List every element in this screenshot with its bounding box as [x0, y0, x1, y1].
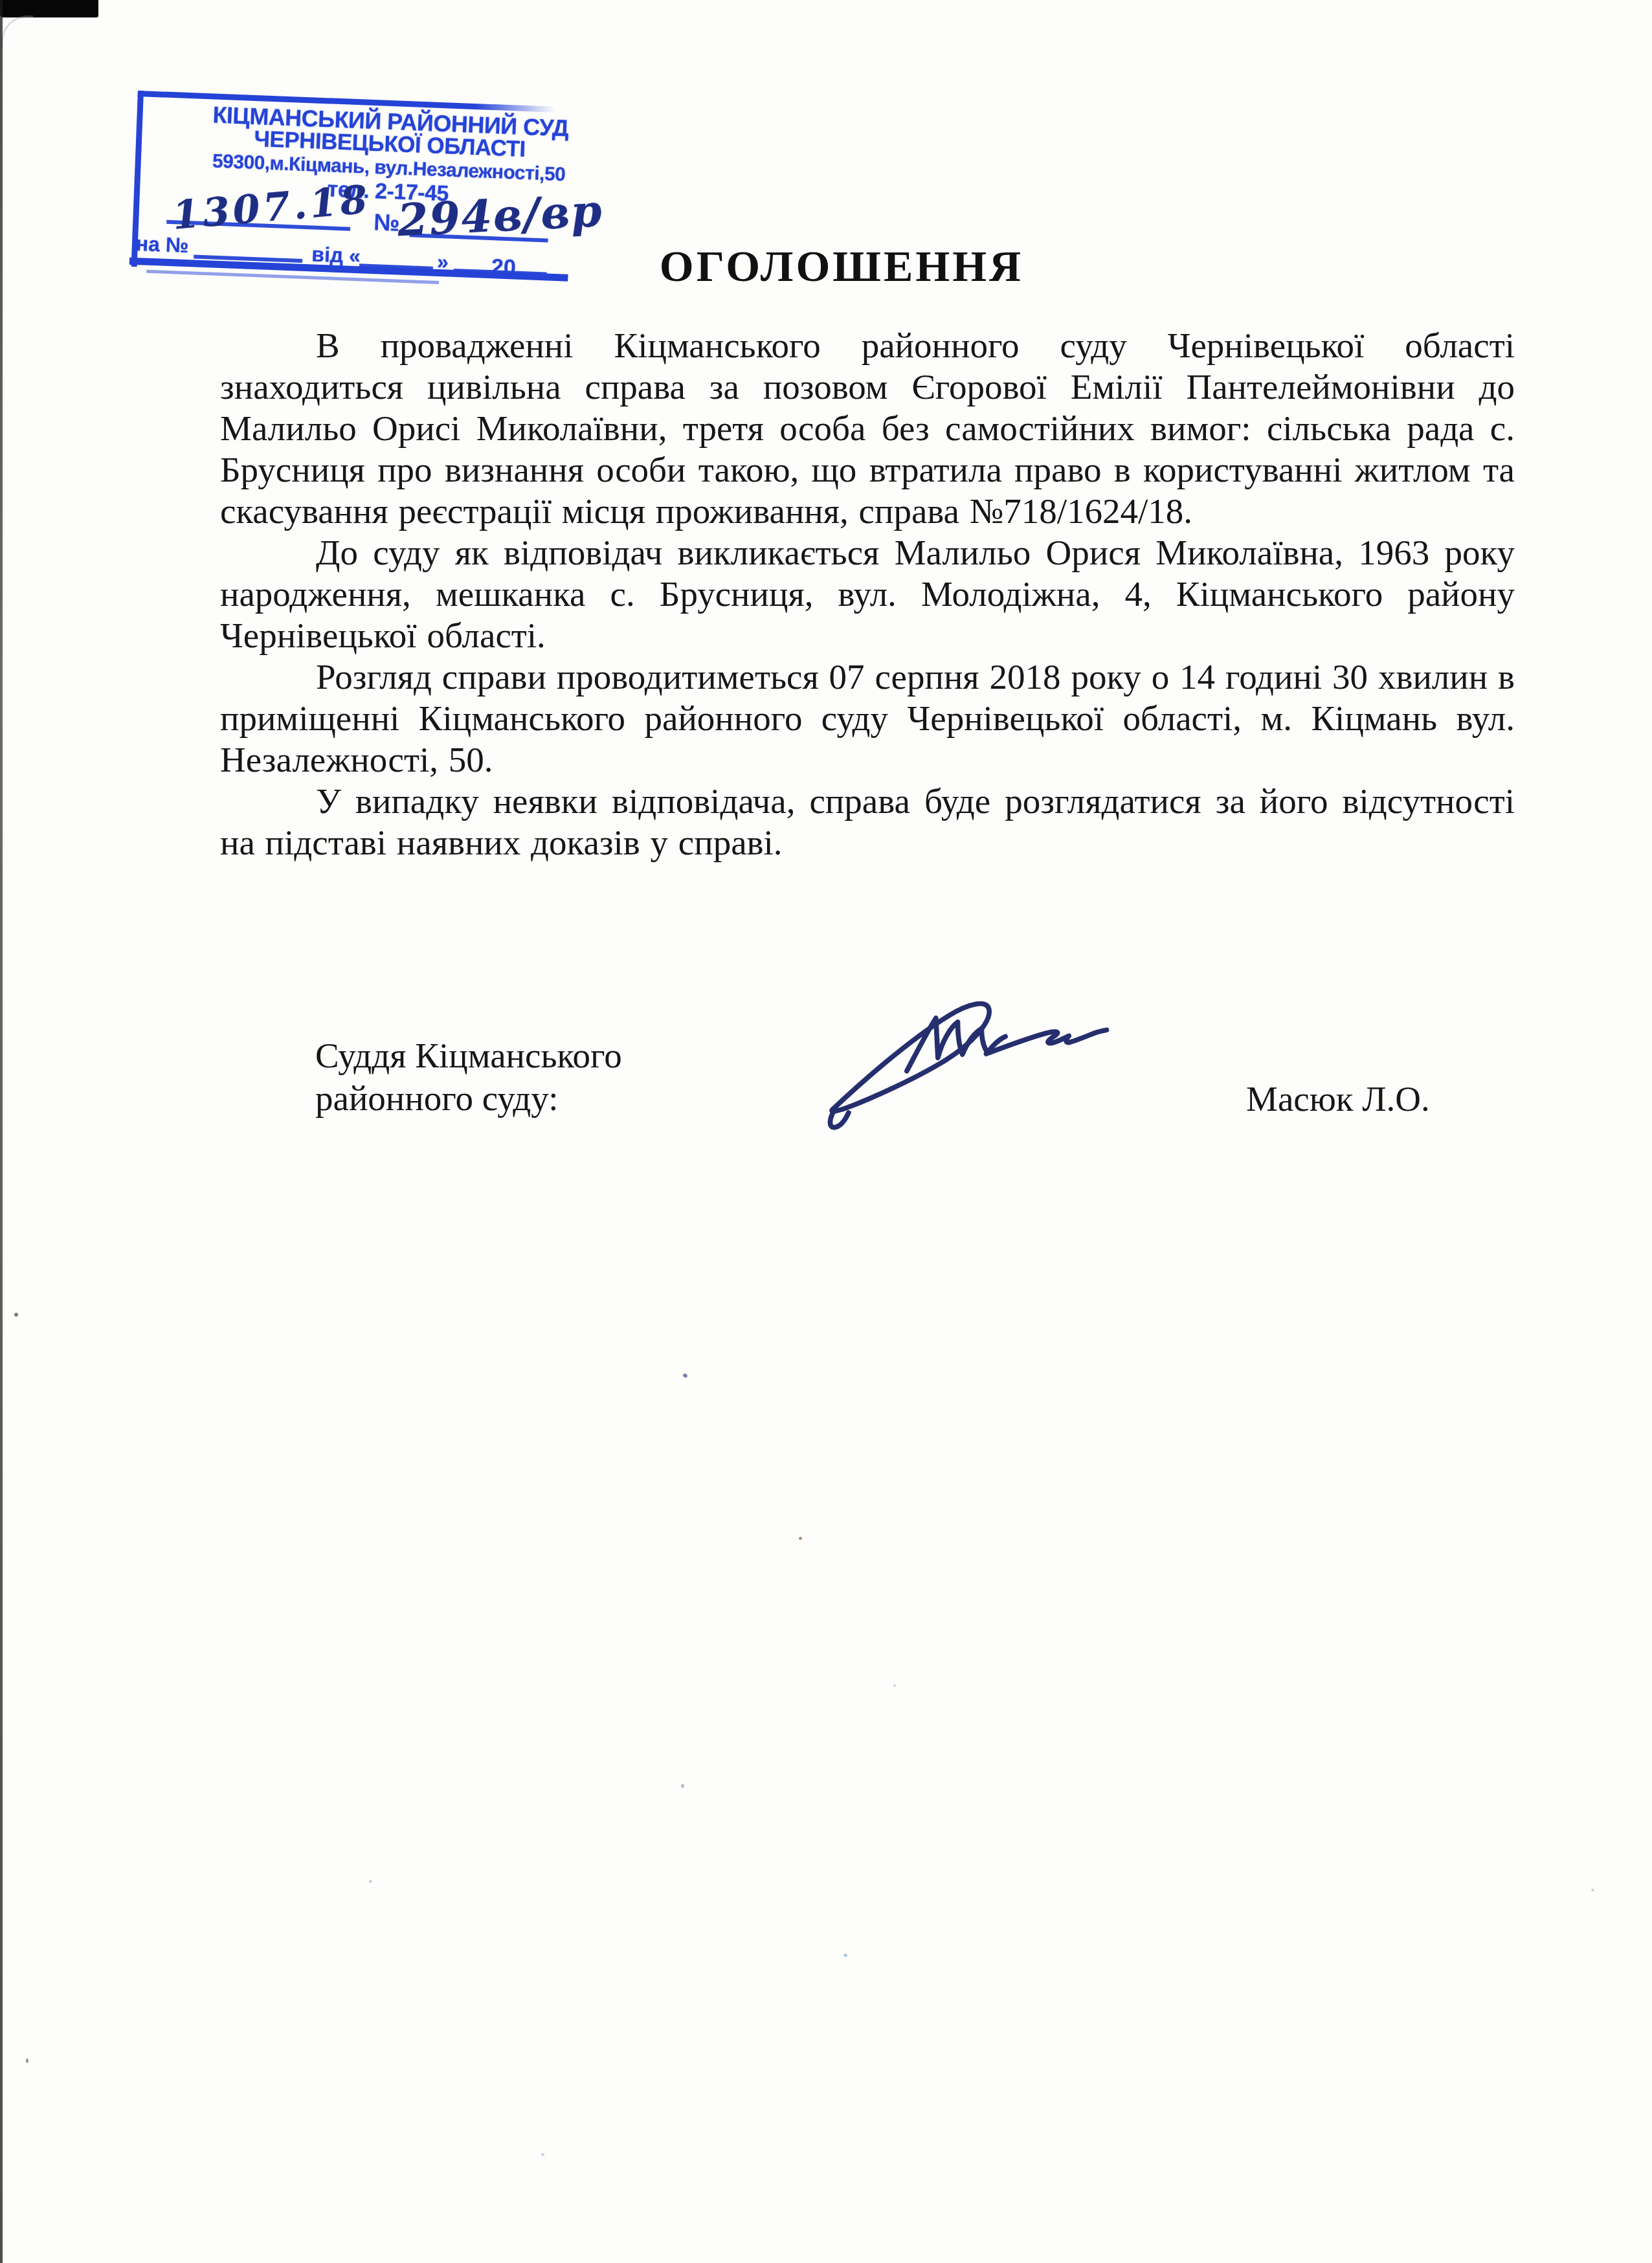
judge-name: Масюк Л.О.: [1246, 1078, 1430, 1119]
judge-role-line2: районного суду:: [315, 1077, 622, 1120]
scan-artifact-page-corner: [1, 16, 33, 47]
paragraph-case-info: В провадженні Кіцманського районного суд…: [220, 325, 1515, 532]
paragraph-hearing-date: Розгляд справи проводитиметься 07 серпня…: [220, 656, 1515, 781]
scan-speck: [682, 1373, 688, 1379]
paragraph-absence-note: У випадку неявки відповідача, справа буд…: [220, 781, 1515, 864]
signature-loop: [832, 1004, 989, 1111]
signature-flourish: [986, 1030, 1106, 1054]
scan-speck: [843, 1954, 847, 1957]
signature-letters: [907, 1018, 1005, 1071]
scan-artifact-left-edge: [0, 0, 3, 2263]
announcement-body: В провадженні Кіцманського районного суд…: [220, 325, 1515, 864]
signature-hook: [830, 1111, 848, 1128]
scan-speck: [681, 1784, 684, 1788]
scan-speck: [1591, 1889, 1594, 1891]
scan-speck: [26, 2058, 28, 2063]
paragraph-defendant: До суду як відповідач викликається Малил…: [220, 532, 1515, 656]
scan-speck: [799, 1537, 802, 1540]
stamp-handwritten-number: 294в/вр: [396, 185, 604, 247]
scan-speck: [541, 2153, 544, 2156]
scan-speck: [369, 1880, 372, 1883]
scanned-court-announcement-page: КІЦМАНСЬКИЙ РАЙОННИЙ СУД ЧЕРНІВЕЦЬКОЇ ОБ…: [0, 0, 1652, 2263]
scan-speck: [893, 1684, 896, 1687]
judge-signature-ink: [823, 992, 1121, 1179]
stamp-number-label: №: [374, 208, 401, 237]
page-title: ОГОЛОШЕННЯ: [194, 241, 1489, 292]
scan-artifact-black-corner: [0, 0, 98, 17]
scan-speck: [14, 1313, 18, 1317]
judge-role-label: Суддя Кіцманського районного суду:: [315, 1034, 622, 1120]
judge-role-line1: Суддя Кіцманського: [315, 1034, 622, 1077]
